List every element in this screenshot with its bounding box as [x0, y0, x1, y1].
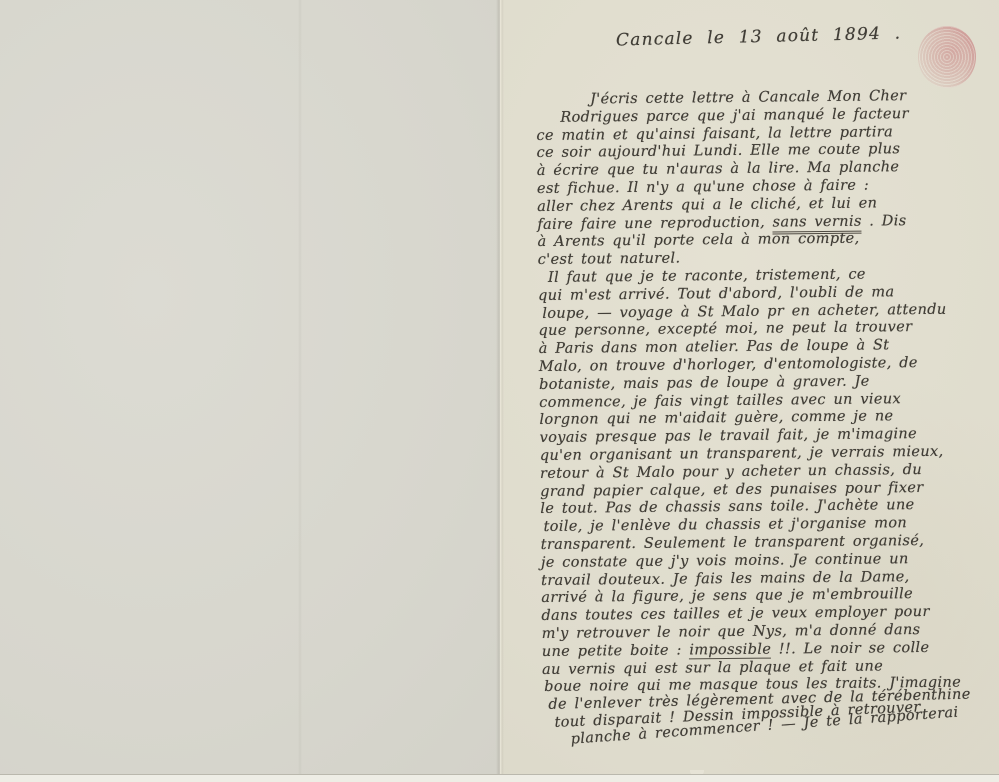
line-text: arrivé à la figure, je sens que je m'emb…: [541, 586, 913, 606]
line-text: lorgnon qui ne m'aidait guère, comme je …: [539, 409, 893, 429]
line-text: retour à St Malo pour y acheter un chass…: [540, 462, 922, 482]
line-text: travail douteux. Je fais les mains de la…: [541, 569, 910, 589]
line-text: J'écris cette lettre à Cancale Mon Cher: [590, 88, 906, 107]
line-text: faire faire une reproduction,: [537, 214, 772, 232]
line-text: ce soir aujourd'hui Lundi. Elle me coute…: [537, 142, 901, 162]
line-text: Il faut que je te raconte, tristement, c…: [548, 267, 866, 286]
line-text: m'y retrouver le noir que Nys, m'a donné…: [542, 622, 921, 642]
left-page-crease: [298, 0, 302, 774]
line-text: commence, je fais vingt tailles avec un …: [539, 391, 901, 411]
letter-body: J'écris cette lettre à Cancale Mon CherR…: [536, 87, 999, 749]
line-text: à Arents qu'il porte cela à mon compte,: [537, 231, 859, 250]
letter-page: Cancale le 13 août 1894 . J'écris cette …: [500, 0, 999, 774]
line-text: à écrire que tu n'auras à la lire. Ma pl…: [537, 159, 900, 179]
blank-verso-page: [0, 0, 500, 774]
line-text: à Paris dans mon atelier. Pas de loupe à…: [539, 337, 890, 357]
line-text: Rodrigues parce que j'ai manqué le facte…: [560, 106, 909, 126]
line-text: c'est tout naturel.: [538, 251, 681, 268]
center-fold-crease: [496, 0, 504, 774]
line-text: ce matin et qu'ainsi faisant, la lettre …: [536, 124, 893, 144]
line-text: !!. Le noir se colle: [771, 640, 929, 658]
line-text: dans toutes ces tailles et je veux emplo…: [541, 604, 929, 624]
line-text: toile, je l'enlève du chassis et j'organ…: [543, 515, 907, 535]
line-text: une petite boite :: [542, 642, 690, 660]
line-text: au vernis qui est sur la plaque et fait …: [542, 658, 883, 678]
line-text: botaniste, mais pas de loupe à graver. J…: [539, 373, 870, 392]
line-text: . Dis: [862, 213, 907, 229]
letter-scan: Cancale le 13 août 1894 . J'écris cette …: [0, 0, 999, 782]
line-text: est fichue. Il n'y a qu'une chose à fair…: [537, 178, 869, 197]
underlined-phrase: impossible: [689, 641, 771, 659]
line-text: je constate que j'y vois moins. Je conti…: [541, 551, 909, 571]
line-text: aller chez Arents qui a le cliché, et lu…: [537, 195, 877, 215]
paper-bottom-edge: [0, 774, 999, 782]
line-text: transparent. Seulement le transparent or…: [541, 533, 925, 553]
line-text: qu'en organisant un transparent, je verr…: [540, 444, 944, 464]
letter-dateline: Cancale le 13 août 1894 .: [616, 24, 902, 51]
line-text: qui m'est arrivé. Tout d'abord, l'oubli …: [538, 284, 894, 304]
line-text: grand papier calque, et des punaises pou…: [540, 479, 924, 499]
line-text: que personne, excepté moi, ne peut la tr…: [538, 319, 912, 339]
line-text: voyais presque pas le travail fait, je m…: [540, 426, 918, 446]
line-text: le tout. Pas de chassis sans toile. J'ac…: [540, 497, 914, 517]
line-text: Malo, on trouve d'horloger, d'entomologi…: [539, 355, 918, 375]
red-collection-stamp-icon: [918, 26, 976, 88]
